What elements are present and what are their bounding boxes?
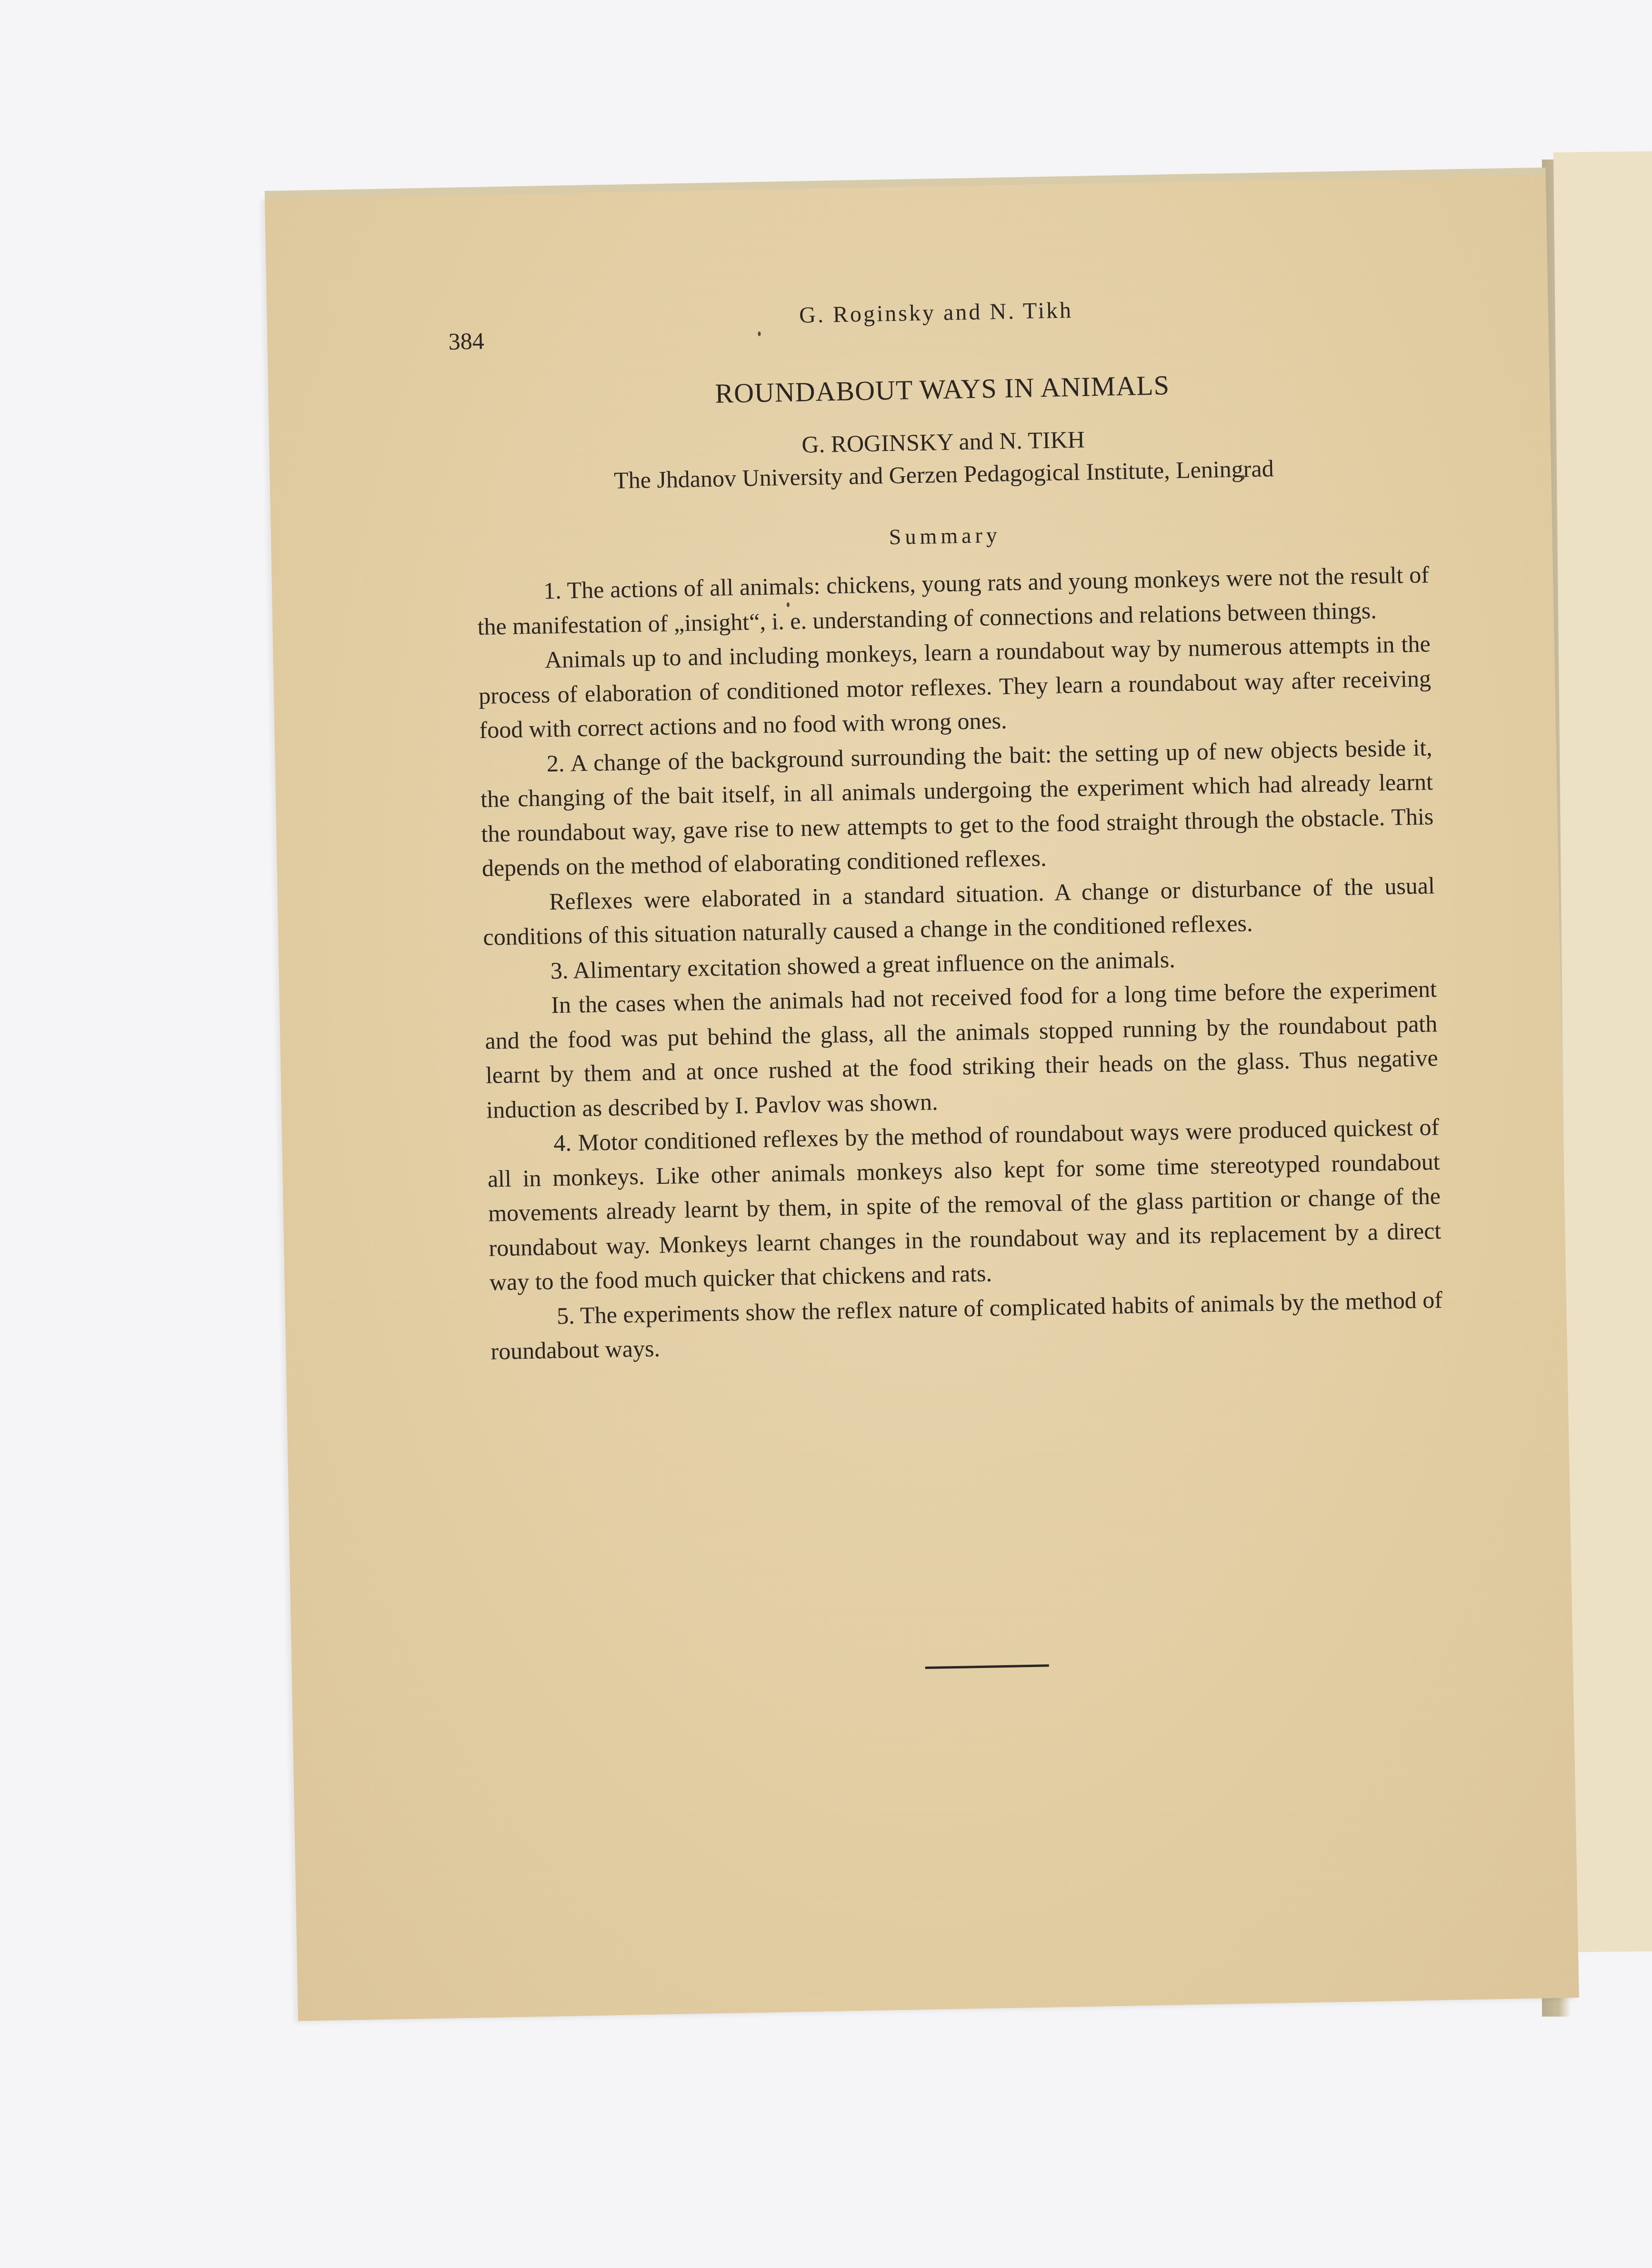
running-header: 384 G. Roginsky and N. Tikh	[267, 289, 1548, 340]
paragraph: 2. A change of the background surroundin…	[480, 730, 1434, 886]
summary-heading: Summary	[271, 512, 1552, 561]
paper-speck	[787, 602, 790, 607]
end-rule	[925, 1664, 1049, 1669]
article-title: ROUNDABOUT WAYS IN ANIMALS	[268, 362, 1550, 418]
paragraph: Animals up to and including monkeys, lea…	[478, 626, 1432, 747]
running-head-authors: G. Roginsky and N. Tikh	[267, 289, 1548, 338]
paper-speck	[1242, 475, 1244, 480]
paper-speck	[758, 331, 761, 336]
paragraph: In the cases when the animals had not re…	[484, 971, 1439, 1127]
paragraph: 4. Motor conditioned reflexes by the met…	[487, 1109, 1442, 1299]
summary-body: 1. The actions of all animals: chickens,…	[477, 557, 1443, 1369]
document-page: 384 G. Roginsky and N. Tikh ROUNDABOUT W…	[265, 174, 1579, 2021]
page-edge	[265, 168, 1546, 199]
